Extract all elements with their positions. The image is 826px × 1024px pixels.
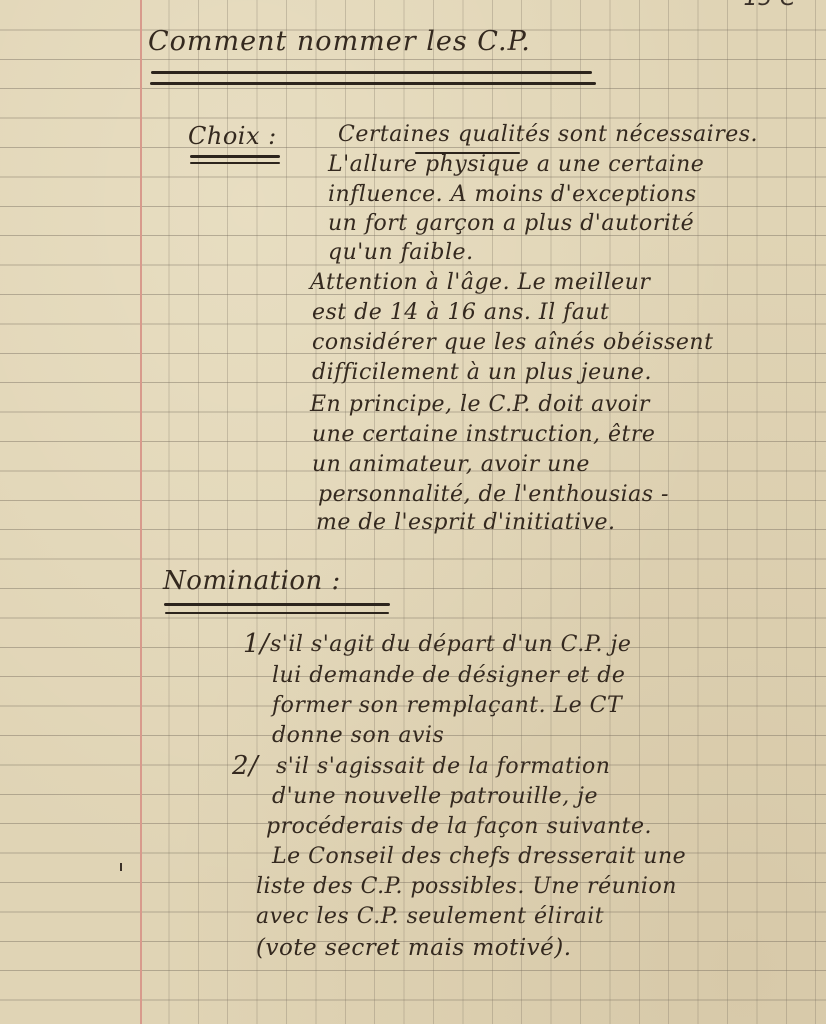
item-2-line-6: avec les C.P. seulement élirait (256, 902, 604, 931)
title-underline-2 (150, 82, 596, 85)
choix-line-5: qu'un faible. (328, 238, 474, 267)
choix-line-14: me de l'esprit d'initiative. (316, 508, 616, 537)
choix-line-11: une certaine instruction, être (312, 420, 655, 449)
choix-line-2: L'allure physique a une certaine (328, 150, 704, 179)
nomination-underline-1 (164, 603, 390, 606)
page-title: Comment nommer les C.P. (148, 26, 531, 57)
item-2-line-7: (vote secret mais motivé). (256, 934, 572, 963)
item-1-line-3: former son remplaçant. Le CT (272, 691, 622, 720)
page-number: -15 C (735, 0, 796, 11)
item-1-line-1: s'il s'agit du départ d'un C.P. je (270, 630, 631, 659)
choix-line-12: un animateur, avoir une (312, 450, 590, 479)
nomination-underline-2 (165, 612, 389, 614)
item-1-marker: 1/ (243, 630, 269, 659)
choix-line-10: En principe, le C.P. doit avoir (310, 390, 650, 419)
item-2-marker: 2/ (232, 752, 258, 781)
choix-line-9: difficilement à un plus jeune. (312, 358, 652, 387)
choix-underline-1 (190, 155, 280, 158)
item-2-line-4: Le Conseil des chefs dresserait une (272, 842, 686, 871)
section-heading-nomination: Nomination : (163, 566, 341, 596)
choix-line-3: influence. A moins d'exceptions (328, 180, 697, 209)
choix-line-1: Certaines qualités sont nécessaires. (338, 120, 758, 149)
item-1-line-4: donne son avis (272, 721, 444, 750)
item-2-line-5: liste des C.P. possibles. Une réunion (256, 872, 677, 901)
item-2-line-2: d'une nouvelle patrouille, je (272, 782, 598, 811)
choix-line-4: un fort garçon a plus d'autorité (328, 209, 694, 238)
pencil-mark (120, 863, 122, 871)
section-heading-choix: Choix : (188, 122, 277, 150)
choix-line-8: considérer que les aînés obéissent (312, 328, 713, 357)
notebook-page: -15 C Comment nommer les C.P. Choix : Ce… (0, 0, 826, 1024)
title-underline-1 (151, 71, 592, 74)
item-2-line-3: procéderais de la façon suivante. (266, 812, 652, 841)
choix-line-6: Attention à l'âge. Le meilleur (310, 268, 650, 297)
choix-line-13: personnalité, de l'enthousias - (318, 480, 669, 509)
item-2-line-1: s'il s'agissait de la formation (276, 752, 610, 781)
item-1-line-2: lui demande de désigner et de (272, 661, 625, 690)
red-margin-line (140, 0, 142, 1024)
choix-line-7: est de 14 à 16 ans. Il faut (312, 298, 609, 327)
choix-underline-2 (190, 162, 280, 164)
